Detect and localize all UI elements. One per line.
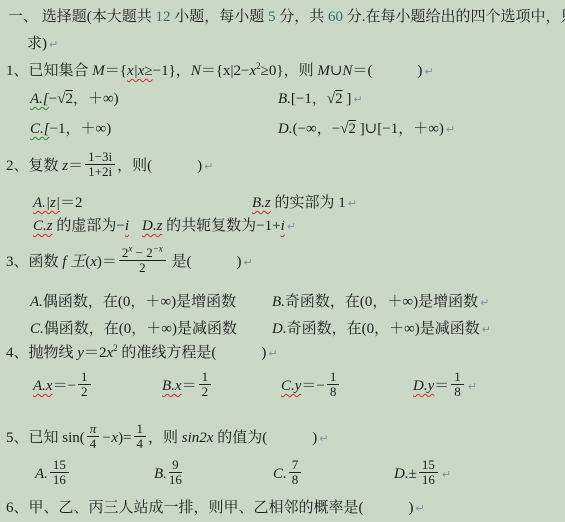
paragraph-mark-icon: ↵ — [424, 65, 433, 78]
question-5-option-c: C.78 — [273, 460, 303, 490]
option-label: D. — [278, 121, 293, 137]
paragraph-mark-icon: ↵ — [348, 197, 357, 210]
paragraph-mark-icon: ↵ — [416, 502, 425, 515]
stem-text: ，则 — [148, 430, 182, 446]
question-4-option-d: D.y＝18↵ — [413, 372, 477, 402]
math-var: sin2x — [182, 430, 214, 446]
header-number: 5 — [268, 9, 276, 25]
fraction-denominator: 2 — [119, 261, 166, 275]
math-var: i — [281, 218, 285, 234]
stem-text: 的准线方程是( ) — [118, 345, 267, 361]
stem-text: 6、甲、乙、丙三人站成一排，则甲、乙相邻的概率是( ) — [6, 500, 414, 516]
stem-text: ≥0}，则 — [261, 63, 318, 79]
option-label: A.|z| — [33, 195, 60, 211]
option-label: C.z — [33, 218, 53, 234]
paragraph-mark-icon: ↵ — [204, 160, 213, 173]
fraction-numerator: 1 — [78, 370, 91, 385]
question-5-stem: 5、已知 sin(π4−x)=14，则 sin2x 的值为( )↵ — [6, 424, 328, 454]
stem-text: ＝{ — [105, 63, 127, 79]
math-var: i — [125, 218, 129, 234]
math-var: N — [191, 63, 201, 79]
question-2-stem: 2、复数 z＝1−3i1+2i，则( )↵ — [6, 152, 213, 182]
option-label: C. — [30, 321, 44, 337]
question-4-option-b: B.x＝12 — [162, 372, 213, 402]
fraction: 78 — [289, 458, 302, 488]
question-5-option-d: D.±1516↵ — [394, 460, 451, 490]
question-5-option-b: B.916 — [154, 460, 184, 490]
question-1-option-a: A.[−√2，＋∞) — [30, 90, 119, 109]
paragraph-mark-icon: ↵ — [353, 93, 362, 106]
fraction-numerator: 2x − 2−x — [119, 246, 166, 261]
option-text: −√ — [49, 91, 66, 107]
question-1-option-c: C.[−1，＋∞) — [30, 120, 111, 139]
math-var: M — [92, 63, 105, 79]
math-base: − 2 — [132, 245, 152, 260]
question-3-option-d: D.奇函数，在(0，＋∞)是减函数↵ — [272, 320, 491, 339]
option-label: D. — [394, 466, 409, 482]
option-label: A.[ — [30, 91, 49, 107]
fraction: 12 — [78, 370, 91, 400]
option-text: ＝2 — [60, 195, 83, 211]
fraction-numerator: 7 — [289, 458, 302, 473]
option-text: ＝− — [53, 378, 76, 394]
option-text: 偶函数，在(0，＋∞)是增函数 — [43, 294, 236, 310]
paragraph-mark-icon: ↵ — [287, 220, 296, 233]
fraction: 12 — [199, 370, 212, 400]
fraction-numerator: 1 — [451, 370, 464, 385]
fraction-numerator: 9 — [169, 458, 182, 473]
option-label: B.x — [162, 378, 182, 394]
question-2-option-a: A.|z|＝2 — [33, 194, 83, 213]
stem-text: 的值为( ) — [213, 430, 317, 446]
question-4-option-c: C.y＝−18 — [281, 372, 341, 402]
option-label: A. — [35, 466, 48, 482]
option-text: 奇函数，在(0，＋∞)是减函数 — [287, 321, 480, 337]
header-number: 60 — [328, 9, 343, 25]
option-label: D.y — [413, 378, 434, 394]
fraction: 1−3i1+2i — [85, 150, 115, 180]
stem-text: ＝2 — [84, 345, 107, 361]
question-1-option-d: D.(−∞，−√2 ]∪[−1，＋∞)↵ — [278, 120, 455, 139]
option-text: 偶函数，在(0，＋∞)是减函数 — [44, 321, 237, 337]
option-label: A.x — [33, 378, 53, 394]
stem-text: 3、函数 — [6, 254, 62, 270]
option-text: −1，＋∞) — [50, 121, 112, 137]
stem-text: 是( ) — [168, 254, 242, 270]
radicand: 2 — [335, 91, 343, 107]
question-1-stem: 1、已知集合 M＝{x|x≥−1}，N＝{x|2−x2≥0}，则 M∪N＝( )… — [6, 62, 434, 81]
fraction: 1516 — [50, 458, 69, 488]
option-text: [−1，√ — [291, 91, 335, 107]
fraction-denominator: 8 — [451, 385, 464, 399]
fraction: 916 — [169, 458, 182, 488]
option-label: C. — [273, 466, 287, 482]
option-label: B.z — [252, 195, 271, 211]
question-3-stem: 3、函数 f 王(x)＝2x − 2−x2 是( )↵ — [6, 248, 253, 278]
fraction-numerator: 15 — [50, 458, 69, 473]
fraction-numerator: 1 — [199, 370, 212, 385]
document-page: 一、 选择题(本大题共 12 小题，每小题 5 分，共 60 分.在每小题给出的… — [0, 0, 565, 522]
fraction: 1516 — [419, 458, 438, 488]
option-text: ] — [343, 91, 352, 107]
paragraph-mark-icon: ↵ — [480, 296, 489, 309]
fraction: 18 — [451, 370, 464, 400]
section-header-wrap: 求)↵ — [27, 35, 58, 54]
question-4-option-a: A.x＝−12 — [33, 372, 93, 402]
question-1-option-b: B.[−1，√2 ]↵ — [278, 90, 363, 109]
header-text: 求) — [27, 36, 47, 52]
question-6-stem: 6、甲、乙、丙三人站成一排，则甲、乙相邻的概率是( )↵ — [6, 499, 425, 518]
superscript: −x — [153, 244, 163, 254]
fraction-denominator: 8 — [327, 385, 340, 399]
option-text: 的实部为 1 — [271, 195, 346, 211]
paragraph-mark-icon: ↵ — [268, 347, 277, 360]
stem-text: 2、复数 — [6, 158, 62, 174]
stem-text: )＝ — [97, 254, 117, 270]
fraction-numerator: 15 — [419, 458, 438, 473]
paragraph-mark-icon: ↵ — [468, 380, 477, 393]
radicand: 2 — [348, 121, 356, 137]
math-var: x|x≥ — [127, 63, 153, 79]
option-text: ，＋∞) — [73, 91, 119, 107]
radicand: 2 — [65, 91, 73, 107]
fraction: π4 — [87, 422, 100, 452]
option-text: ＝ — [182, 378, 197, 394]
math-var: y — [77, 345, 84, 361]
question-4-stem: 4、抛物线 y＝2x2 的准线方程是( )↵ — [6, 344, 278, 363]
question-2-option-b: B.z 的实部为 1↵ — [252, 194, 357, 213]
header-text: 一、 选择题(本大题共 — [8, 9, 156, 25]
stem-text: ，则( ) — [117, 158, 202, 174]
option-label: D. — [272, 321, 287, 337]
fraction-denominator: 8 — [289, 473, 302, 487]
fraction-denominator: 16 — [50, 473, 69, 487]
stem-text: ＝ — [68, 158, 83, 174]
math-var: f 王 — [62, 254, 85, 270]
stem-text: −1}， — [153, 63, 191, 79]
option-text: 的共轭复数为−1+ — [162, 218, 280, 234]
question-3-option-a: A.偶函数，在(0，＋∞)是增函数 — [30, 293, 236, 312]
header-text: 小题，每小题 — [171, 9, 269, 25]
header-text: 分.在每小题给出的四个选项中，只有一项是符合题目要 — [343, 9, 565, 25]
fraction: 18 — [327, 370, 340, 400]
question-3-option-b: B.奇函数，在(0，＋∞)是增函数↵ — [272, 293, 489, 312]
stem-text: ＝( ) — [352, 63, 422, 79]
fraction-denominator: 4 — [87, 437, 100, 451]
option-text: ＝− — [301, 378, 324, 394]
option-text: ]∪[−1，＋∞) — [356, 121, 444, 137]
option-label: C.[ — [30, 121, 50, 137]
fraction-denominator: 4 — [134, 437, 147, 451]
paragraph-mark-icon: ↵ — [49, 38, 58, 51]
option-label: D.z — [142, 218, 162, 234]
fraction-denominator: 2 — [78, 385, 91, 399]
option-text: 的虚部为− — [53, 218, 125, 234]
fraction-numerator: 1 — [134, 422, 147, 437]
stem-text: ＝{x|2− — [201, 63, 250, 79]
option-text: ± — [409, 466, 417, 482]
option-label: A. — [30, 294, 43, 310]
header-text: 分，共 — [276, 9, 329, 25]
math-func: sin( — [62, 430, 85, 446]
option-label: B. — [278, 91, 291, 107]
paragraph-mark-icon: ↵ — [442, 468, 451, 481]
stem-text: 4、抛物线 — [6, 345, 77, 361]
fraction-denominator: 16 — [169, 473, 182, 487]
option-label: B. — [154, 466, 167, 482]
fraction: 14 — [134, 422, 147, 452]
section-header: 一、 选择题(本大题共 12 小题，每小题 5 分，共 60 分.在每小题给出的… — [8, 8, 565, 27]
option-label: B. — [272, 294, 285, 310]
math-var: x — [90, 254, 97, 270]
question-5-option-a: A.1516 — [35, 460, 71, 490]
fraction: 2x − 2−x2 — [119, 246, 166, 276]
fraction-denominator: 1+2i — [85, 165, 115, 179]
math-var: M∪N — [317, 63, 352, 79]
paragraph-mark-icon: ↵ — [446, 123, 455, 136]
fraction-denominator: 16 — [419, 473, 438, 487]
option-label: C.y — [281, 378, 301, 394]
stem-text: )= — [118, 430, 131, 446]
paragraph-mark-icon: ↵ — [319, 432, 328, 445]
fraction-numerator: π — [87, 422, 100, 437]
question-2-option-c: C.z 的虚部为−i — [33, 217, 129, 236]
stem-text: 1、已知集合 — [6, 63, 92, 79]
fraction-numerator: 1 — [327, 370, 340, 385]
option-text: (−∞，−√ — [293, 121, 349, 137]
stem-text: 5、已知 — [6, 430, 62, 446]
question-2-option-d: D.z 的共轭复数为−1+i↵ — [142, 217, 296, 236]
option-text: 奇函数，在(0，＋∞)是增函数 — [285, 294, 478, 310]
header-number: 12 — [156, 9, 171, 25]
fraction-denominator: 2 — [199, 385, 212, 399]
paragraph-mark-icon: ↵ — [244, 256, 253, 269]
question-3-option-c: C.偶函数，在(0，＋∞)是减函数 — [30, 320, 237, 339]
paragraph-mark-icon: ↵ — [482, 323, 491, 336]
option-text: ＝ — [434, 378, 449, 394]
math-var: −x — [101, 430, 118, 446]
fraction-numerator: 1−3i — [85, 150, 115, 165]
